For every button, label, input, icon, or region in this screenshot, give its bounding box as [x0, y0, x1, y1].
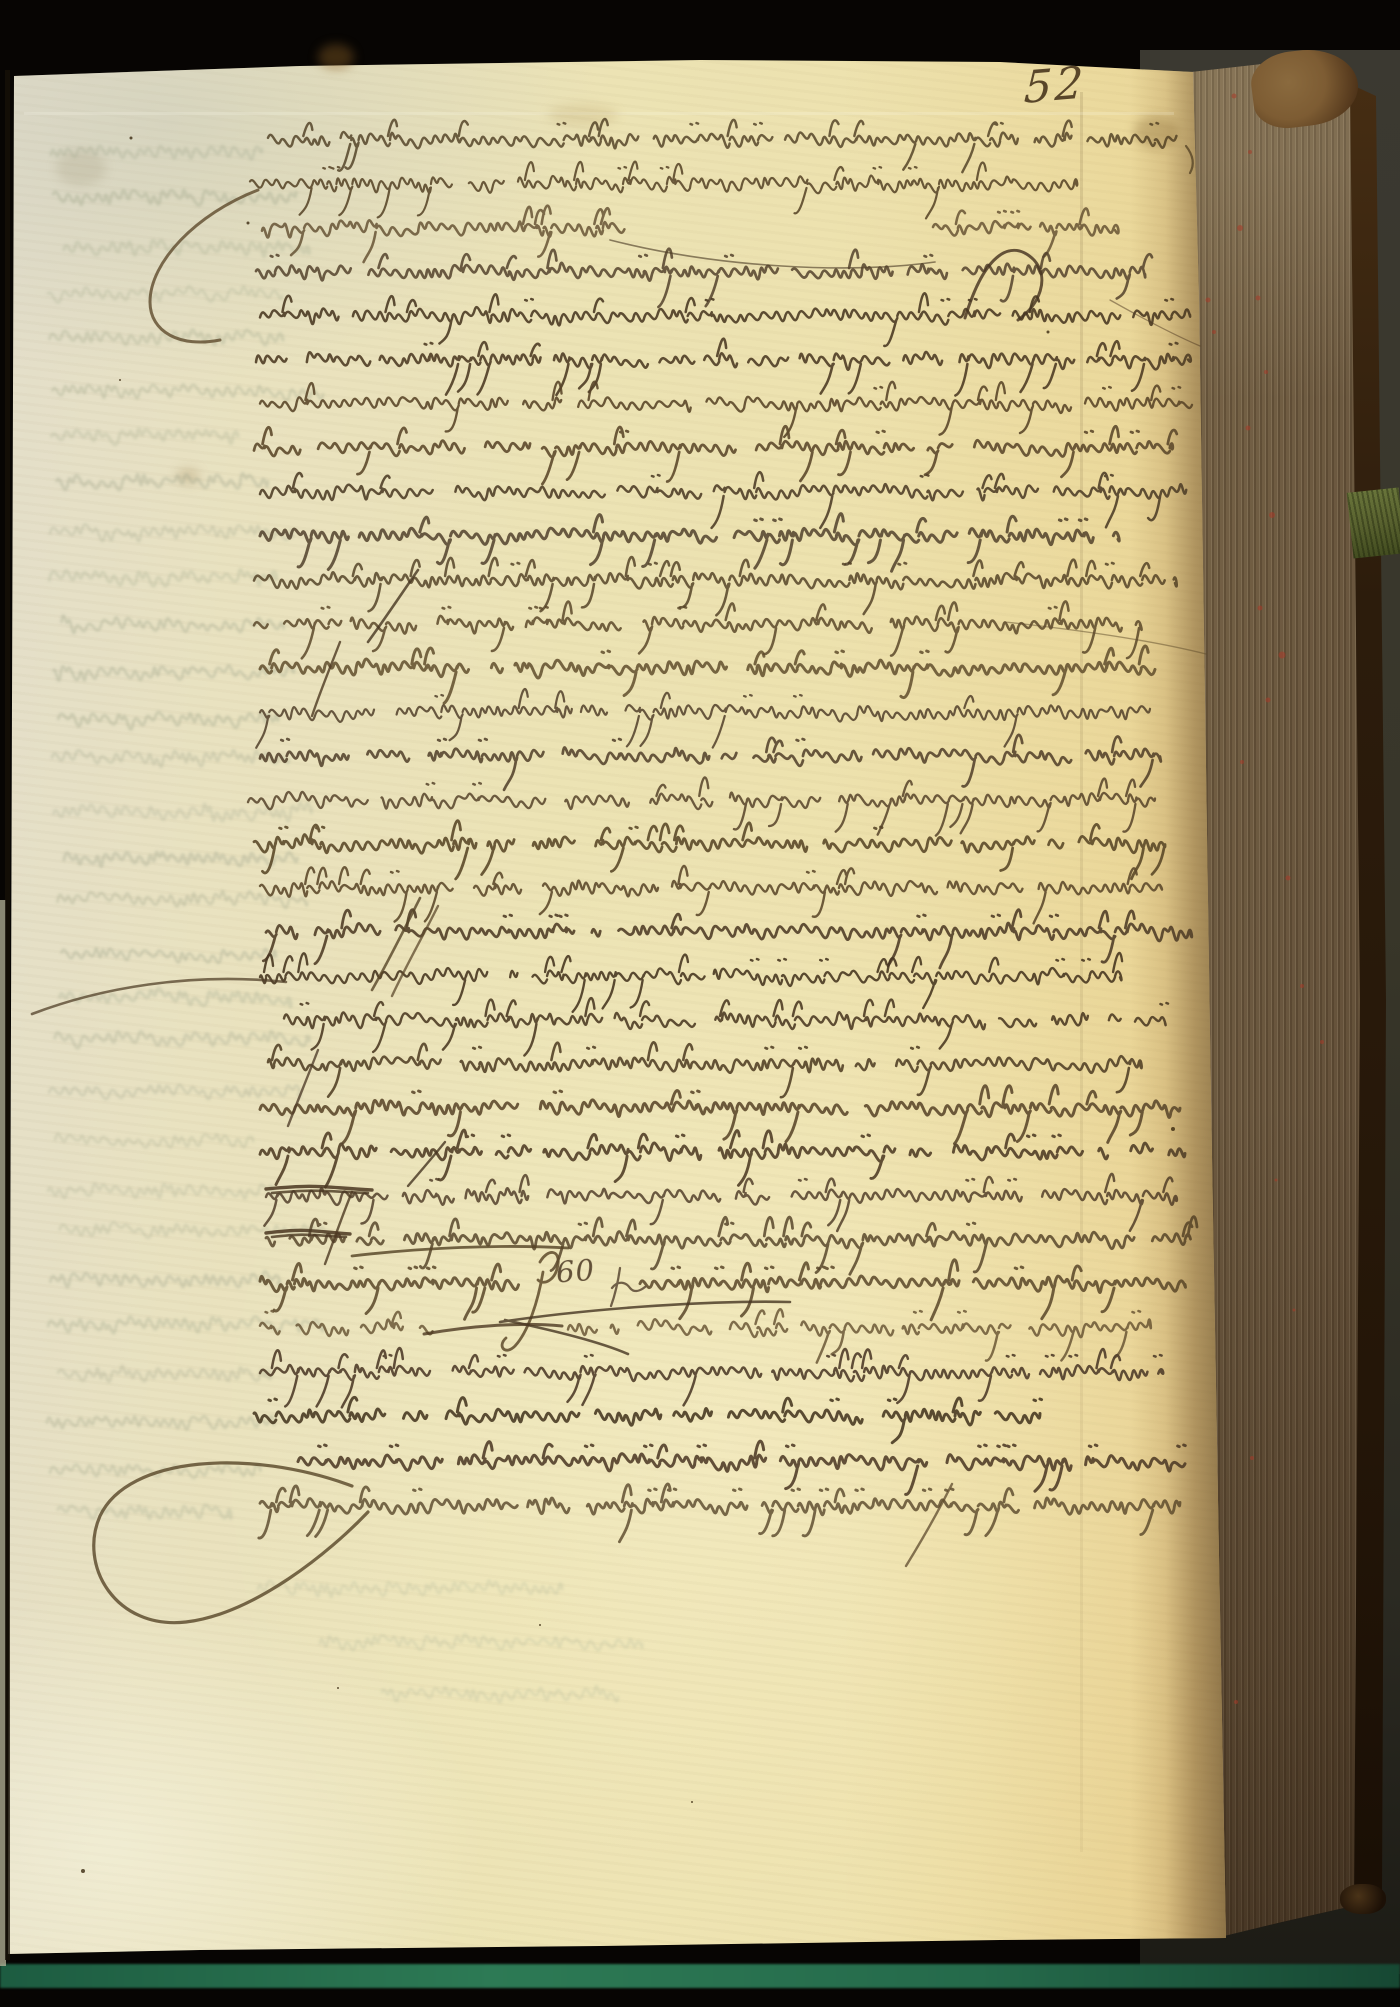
- edge-specks: [81, 94, 1324, 1874]
- handwriting-layer: [0, 0, 1400, 2007]
- amount-numeral: 60: [555, 1253, 596, 1290]
- bleed-through-writing: [47, 146, 642, 1702]
- kurrent-handwriting: [32, 119, 1206, 1623]
- folio-number: 52: [1023, 57, 1087, 114]
- manuscript-photo: 52 60: [0, 0, 1400, 2007]
